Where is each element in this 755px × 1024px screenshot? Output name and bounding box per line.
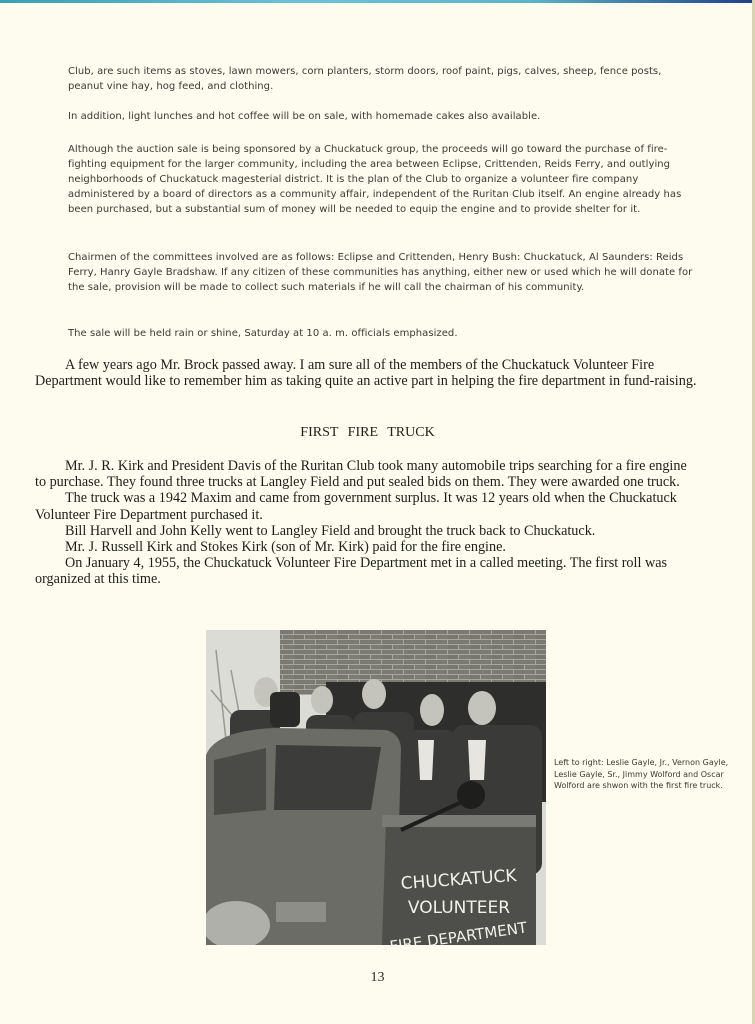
- section-paragraph: The truck was a 1942 Maxim and came from…: [35, 490, 700, 522]
- section-paragraph: On January 4, 1955, the Chuckatuck Volun…: [35, 555, 700, 587]
- fire-truck-photo: CHUCKATUCK VOLUNTEER FIRE DEPARTMENT: [206, 630, 546, 945]
- photo-caption: Left to right: Leslie Gayle, Jr., Vernon…: [554, 757, 744, 792]
- clipping-paragraph: Chairmen of the committees involved are …: [68, 250, 693, 295]
- page-number: 13: [0, 970, 755, 986]
- section-paragraph: Mr. J. R. Kirk and President Davis of th…: [35, 458, 700, 490]
- section-paragraph: Bill Harvell and John Kelly went to Lang…: [35, 523, 700, 539]
- clipping-paragraph: In addition, light lunches and hot coffe…: [68, 109, 693, 124]
- clipping-paragraph: Although the auction sale is being spons…: [68, 142, 693, 217]
- clipping-paragraph: Club, are such items as stoves, lawn mow…: [68, 64, 693, 94]
- photo-illustration: CHUCKATUCK VOLUNTEER FIRE DEPARTMENT: [206, 630, 546, 945]
- section-paragraph: Mr. J. Russell Kirk and Stokes Kirk (son…: [35, 539, 700, 555]
- door-lettering-line: VOLUNTEER: [408, 898, 510, 918]
- top-edge-bar: [0, 0, 755, 3]
- section-heading: FIRST FIRE TRUCK: [0, 425, 735, 441]
- section-body: Mr. J. R. Kirk and President Davis of th…: [35, 458, 700, 588]
- clipping-paragraph: The sale will be held rain or shine, Sat…: [68, 326, 693, 341]
- memorial-paragraph: A few years ago Mr. Brock passed away. I…: [35, 357, 700, 389]
